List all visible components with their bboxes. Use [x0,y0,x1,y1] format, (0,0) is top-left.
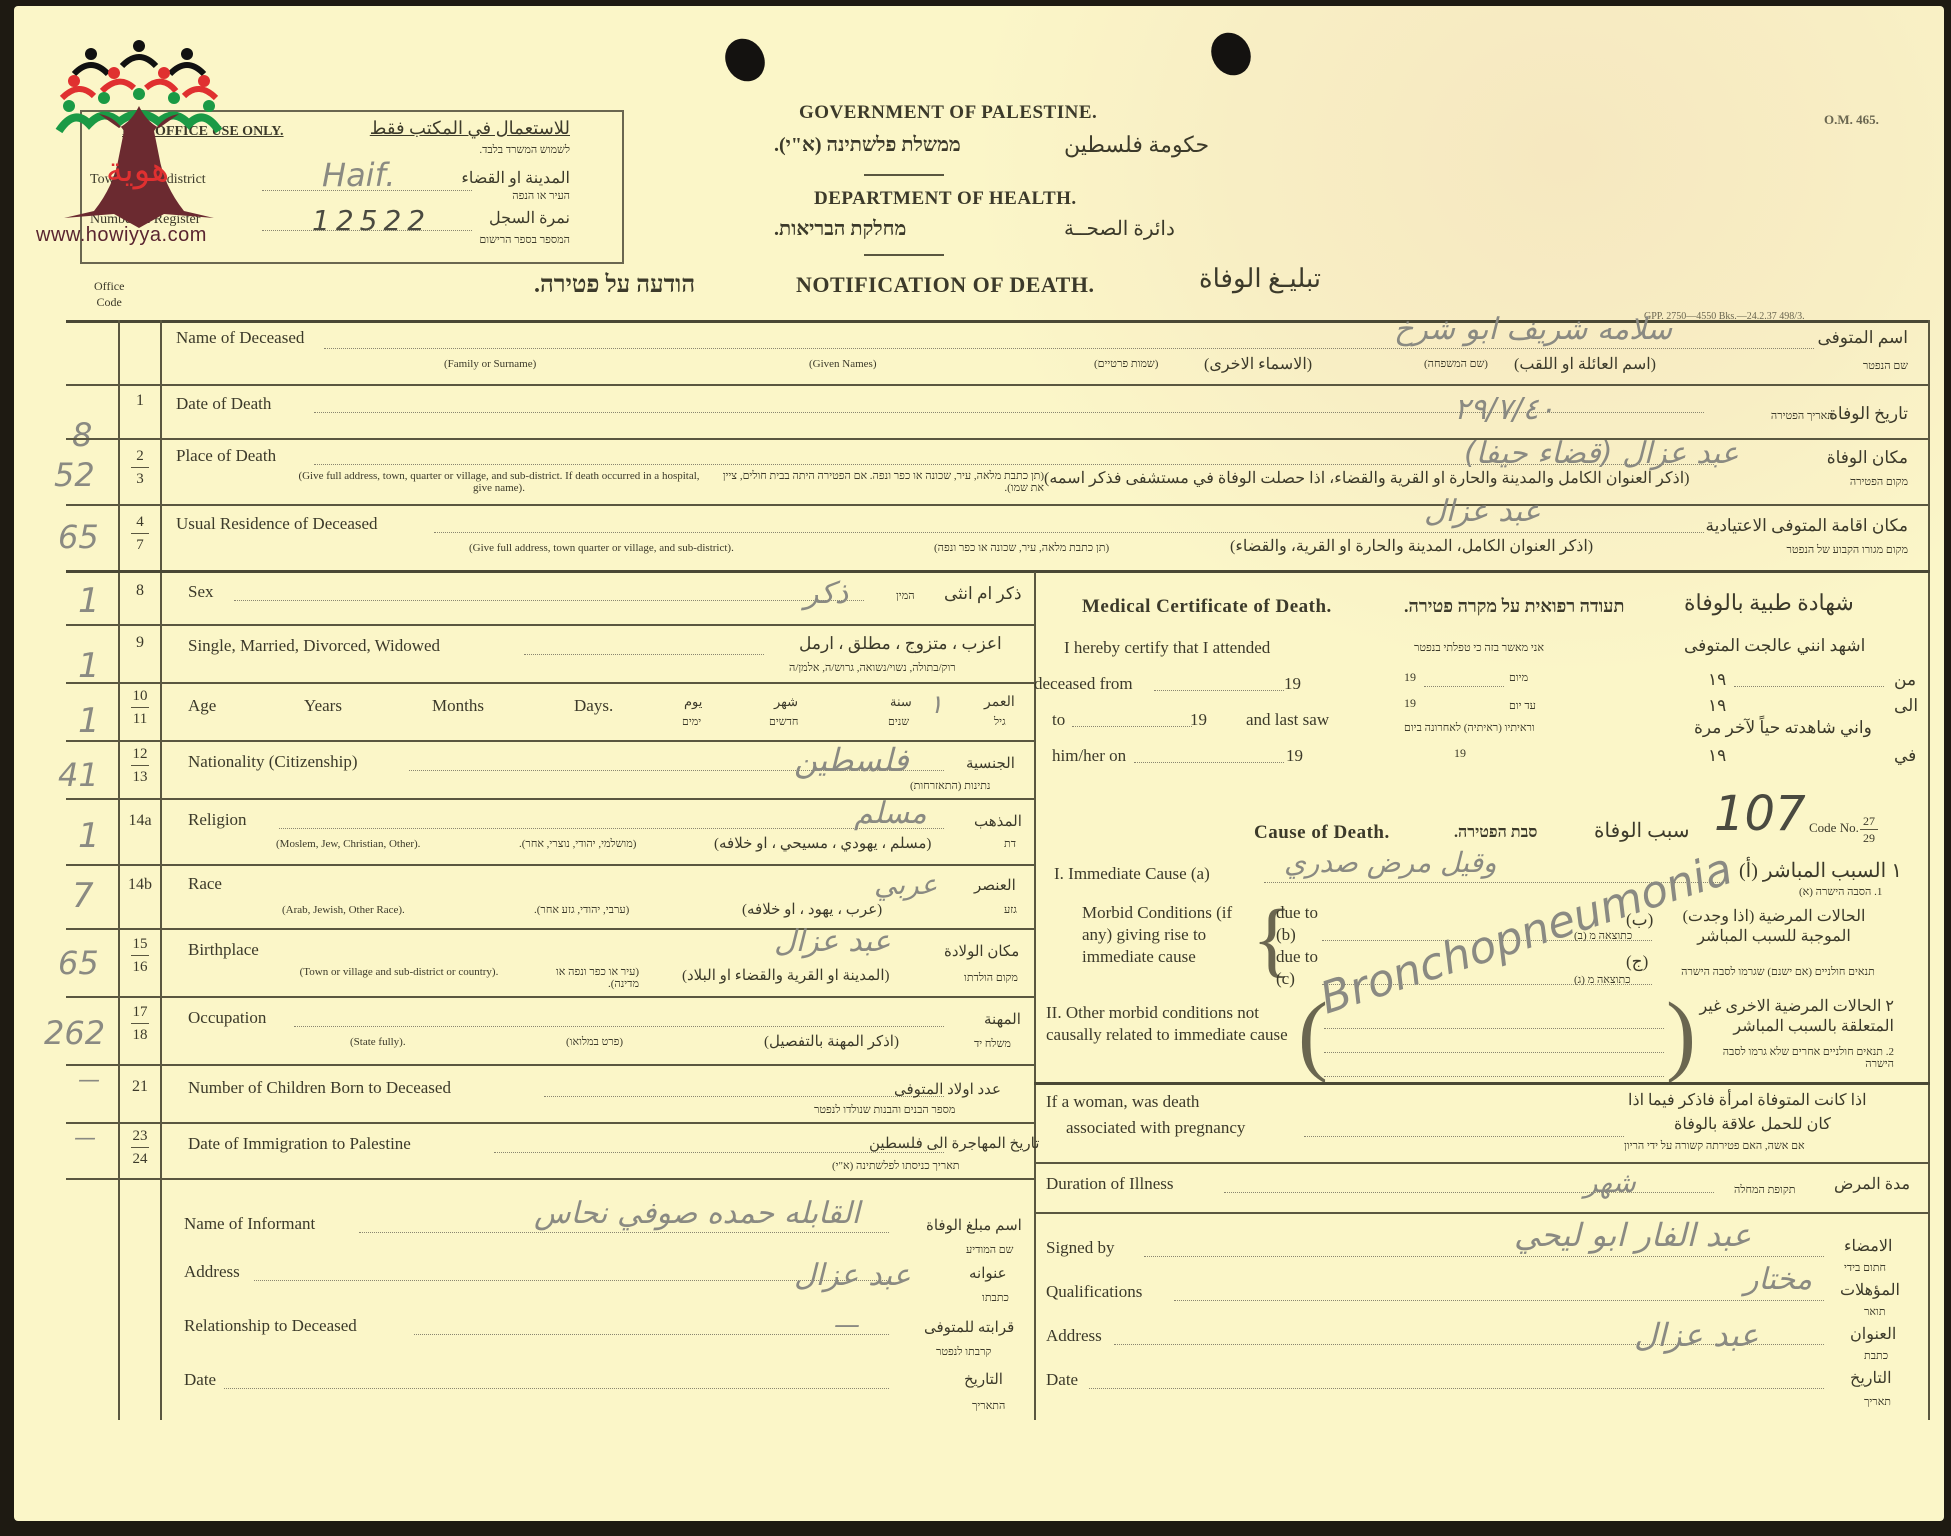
punch-hole-left [718,31,773,88]
pregnancy-label-1: If a woman, was death [1046,1092,1199,1112]
occupation-hint-ar: (اذكر المهنة بالتفصيل) [764,1032,899,1051]
informant-address-value: عبد عزال [794,1258,911,1293]
as-result-c-he: כתוצאה מ (ג) [1574,974,1631,986]
pregnancy-label-ar-2: كان للحمل علاقة بالوفاة [1674,1114,1831,1134]
margin-code-7: 41 [58,756,99,794]
immediate-cause-label: I. Immediate Cause (a) [1054,864,1210,884]
birthplace-label-ar: مكان الولادة [944,942,1019,961]
family-name-hint-he: (שם המשפחה) [1424,358,1488,370]
sex-label-ar: ذكر ام انثى [944,584,1022,604]
informant-name-value: القابله حمده صوفي نحاس [534,1196,860,1231]
margin-code-8: 1 [78,816,100,856]
subdistrict-value: Haif. [322,156,395,194]
occupation-label-he: משלח יד [974,1038,1011,1050]
signer-date-label-ar: التاريخ [1850,1368,1892,1388]
age-month-he: חדשים [769,716,798,728]
margin-code-12: — [78,1068,100,1093]
margin-code-6: 1 [78,701,100,741]
year-prefix: 19 [1284,674,1301,694]
given-name-hint-ar: (الاسماء الاخرى) [1204,354,1312,374]
year-prefix-he: 19 [1454,746,1466,761]
age-month-ar: شهر [774,694,798,710]
register-label-ar: نمرة السجل [489,208,570,228]
row-number: 1 [125,392,155,410]
place-of-death-hint-he: (תן כתבת מלאה, עיר, שכונה או כפר ונפה. א… [714,470,1044,494]
duration-label: Duration of Illness [1046,1174,1173,1194]
year-prefix-ar: ١٩ [1708,696,1726,716]
age-label-he: גיל [994,716,1006,728]
signer-address-label-he: כתבת [1864,1350,1888,1362]
last-saw-on-label: him/her on [1052,746,1126,766]
residence-value: عبد عزال [1424,494,1541,529]
informant-date-label: Date [184,1370,216,1390]
place-of-death-hint-ar: (اذكر العنوان الكامل والمدينة والحارة او… [1044,468,1689,488]
cause-of-death-title-ar: سبب الوفاة [1594,818,1690,843]
date-of-death-label-he: תאריך הפטירה [1771,410,1834,422]
sex-label-he: המין [896,590,915,602]
date-of-death-label: Date of Death [176,394,271,414]
age-months-label: Months [432,696,484,716]
row-number-fraction: 1516 [125,934,155,977]
attended-from-label-ar: من [1894,670,1916,690]
duration-label-he: תקופת המחלה [1734,1184,1795,1196]
religion-label: Religion [188,810,247,830]
medical-certificate-title-ar: شهادة طبية بالوفاة [1684,590,1854,616]
medical-certificate-title: Medical Certificate of Death. [1082,596,1332,618]
given-name-hint: (Given Names) [809,358,877,370]
ar-c-label: (ج) [1626,952,1648,972]
immigration-label: Date of Immigration to Palestine [188,1134,411,1154]
children-label: Number of Children Born to Deceased [188,1078,451,1098]
date-of-death-label-ar: تاريخ الوفاة [1829,404,1908,424]
religion-value: مسلم [854,796,927,831]
signer-date-label: Date [1046,1370,1078,1390]
residence-label-ar: مكان اقامة المتوفى الاعتيادية [1705,516,1908,536]
row-number-fraction: 47 [125,512,155,555]
sex-value: ذكر [804,576,848,611]
duration-label-ar: مدة المرض [1834,1174,1910,1194]
last-saw-label: and last saw [1246,710,1329,730]
marital-label: Single, Married, Divorced, Widowed [188,636,440,656]
pregnancy-label-he: אם אשה, האם פטירתה קשורה על ידי הריון [1624,1140,1805,1152]
marital-label-he: רוק/בתולה, נשוי/נשואה, גרוש/ה, אלמן/ה [789,662,956,674]
name-label-ar: اسم المتوفى [1818,328,1908,348]
year-prefix-ar: ١٩ [1708,746,1726,766]
religion-hint-he: (מושלמי, יהודי, נוצרי, אחר). [519,838,636,850]
margin-code-11: 262 [44,1014,105,1052]
immediate-cause-label-ar: ١ السبب المباشر (أ) [1739,858,1902,883]
family-name-hint: (Family or Surname) [444,358,536,370]
last-saw-label-he: וראיתיו (ראיתיה) לאחרונה ביום [1404,722,1535,734]
family-name-hint-ar: (اسم العائلة او اللقب) [1514,354,1656,374]
signer-date-label-he: תאריך [1864,1396,1891,1408]
informant-address-label: Address [184,1262,240,1282]
margin-code-9: 7 [72,876,94,916]
age-year-ar: سنة [890,694,912,710]
birthplace-label-he: מקום הולדתו [964,972,1018,984]
howiyya-url: www.howiyya.com [36,224,207,247]
register-label-he: המספר בספר הרישום [479,234,570,246]
race-label: Race [188,874,222,894]
residence-label-he: מקום מגורו הקבוע של הנפטר [1787,544,1908,556]
age-label: Age [188,696,216,716]
name-label-he: שם הנפטר [1863,360,1908,372]
informant-date-label-ar: التاريخ [964,1370,1003,1389]
header-title-ar: تبليـغ الوفاة [1199,264,1321,294]
row-number-fraction: 23 [125,446,155,489]
header-dept-he: מחלקת הבריאות. [774,218,906,241]
sex-label: Sex [188,582,214,602]
birthplace-value: عبد عزال [774,924,891,959]
year-prefix: 19 [1286,746,1303,766]
punch-hole-right [1204,25,1259,82]
occupation-hint: (State fully). [350,1036,406,1048]
occupation-hint-he: (פרט במלואו) [566,1036,623,1048]
attended-from-label: deceased from [1034,674,1133,694]
age-day-he: ימים [682,716,701,728]
immediate-cause-label-he: 1. הסבה הישרה (א) [1799,886,1882,898]
signed-by-label-he: חתום בידי [1844,1262,1886,1274]
religion-hint: (Moslem, Jew, Christian, Other). [276,838,420,850]
row-number-fraction: 1718 [125,1002,155,1045]
margin-code-10: 65 [58,944,99,982]
occupation-label: Occupation [188,1008,266,1028]
residence-label: Usual Residence of Deceased [176,514,378,534]
nationality-label-ar: الجنسية [966,754,1015,773]
religion-label-ar: المذهب [974,812,1022,831]
row-number-fraction: 1011 [125,686,155,729]
form-code: O.M. 465. [1824,112,1879,128]
header-title-he: הודעה על פטירה. [534,272,695,299]
row-number-fraction: 2324 [125,1126,155,1169]
attended-to-label-he: עד יום [1509,700,1536,712]
logo-text: هوية [106,150,169,190]
morbid-conditions-label: Morbid Conditions (if any) giving rise t… [1082,902,1252,968]
code-number-label: Code No. [1809,820,1859,836]
immigration-label-he: תאריך כניסתו לפלשתינה (א"י) [832,1160,960,1172]
cause-of-death-title: Cause of Death. [1254,822,1390,844]
office-use-title-he: לשמוש המשרד בלבד. [479,144,570,156]
last-saw-label-ar: واني شاهدته حياً لآخر مرة [1694,718,1872,738]
given-name-hint-he: (שמות פרטיים) [1094,358,1158,370]
year-prefix-ar: ١٩ [1708,670,1726,690]
place-of-death-label-he: מקום הפטירה [1850,476,1908,488]
other-conditions-label-he: 2. תנאים חולניים אחרים שלא גרמו לסבה היש… [1714,1046,1894,1070]
residence-hint: (Give full address, town quarter or vill… [469,542,734,554]
row-number: 21 [125,1078,155,1096]
children-label-ar: عدد اولاد المتوفى [894,1080,1001,1099]
age-day-ar: يوم [684,694,702,710]
signed-by-label-ar: الامضاء [1844,1236,1892,1256]
certify-text-he: אני מאשר בזה כי טפלתי בנפטר [1414,642,1544,654]
relationship-label: Relationship to Deceased [184,1316,357,1336]
informant-name-label-ar: اسم مبلغ الوفاة [926,1216,1022,1235]
nationality-label: Nationality (Citizenship) [188,752,358,772]
margin-code-13: — [74,1126,96,1151]
header-gov-en: GOVERNMENT OF PALESTINE. [799,102,1097,124]
race-hint-ar: (عرب ، يهود ، او خلافه) [742,900,882,919]
name-label: Name of Deceased [176,328,304,348]
certify-text-ar: اشهد انني عالجت المتوفى [1684,636,1865,656]
signed-by-value: عبد الفار ابو ليحي [1514,1216,1751,1254]
cause-code-value: 107 [1714,786,1806,842]
religion-hint-ar: (مسلم ، يهودي ، مسيحي ، او خلافه) [714,834,931,853]
death-certificate-document: FOR OFFICE USE ONLY. للاستعمال في المكتب… [14,6,1944,1521]
residence-hint-ar: (اذكر العنوان الكامل، المدينة والحارة او… [1230,536,1593,556]
row-number: 8 [125,582,155,600]
register-value: 12522 [312,204,431,237]
age-days-label: Days. [574,696,613,716]
pregnancy-label-ar-1: اذا كانت المتوفاة امرأة فاذكر فيما اذا [1628,1090,1867,1110]
signer-address-value: عبد عزال [1634,1316,1759,1354]
birthplace-hint-he: (עיר או כפר ונפה או מדינה). [539,966,639,990]
informant-address-label-ar: عنوانه [969,1264,1007,1283]
attended-to-label-ar: الى [1894,696,1918,716]
religion-label-he: דת [1004,838,1016,850]
marital-label-ar: اعزب ، متزوج ، مطلق ، ارمل [799,634,1002,654]
margin-code-1: 8 [72,416,92,454]
other-conditions-label: II. Other morbid conditions not causally… [1046,1002,1306,1046]
nationality-value: فلسطين [794,741,909,779]
signer-address-label: Address [1046,1326,1102,1346]
subdistrict-label-ar: المدينة او القضاء [461,168,570,188]
place-of-death-value: عبد عزال (قضاء حيفا) [1464,436,1739,471]
race-hint-he: (ערבי, יהודי, גזע אחר). [534,904,629,916]
margin-code-4: 1 [78,581,100,621]
code-number-fraction: 2729 [1854,814,1884,845]
morbid-conditions-label-ar: الحالات المرضية (اذا وجدت) الموجبة للسبب… [1674,906,1874,946]
immigration-label-ar: تاريخ المهاجرة الى فلسطين [869,1134,1039,1153]
subdistrict-label-he: העיר או הנפה [512,190,570,202]
age-years-label: Years [304,696,342,716]
last-saw-on-label-ar: في [1894,746,1916,766]
header-dept-ar: دائرة الصحــة [1064,216,1175,241]
certify-text: I hereby certify that I attended [1064,638,1270,658]
qualifications-label-ar: المؤهلات [1840,1280,1900,1300]
signer-address-label-ar: العنوان [1850,1324,1896,1344]
deceased-name-value: سلامه شريف ابو شرخ [1394,312,1672,347]
year-prefix: 19 [1190,710,1207,730]
morbid-conditions-label-he: תנאים חולניים (אם ישנם) שגרמו לסבה הישרה [1680,966,1876,978]
office-code-label: Office Code [94,278,124,310]
place-of-death-hint: (Give full address, town, quarter or vil… [289,470,709,494]
race-label-he: גזע [1004,904,1017,916]
race-label-ar: العنصر [974,876,1016,895]
immediate-cause-value: وقيل مرض صدري [1284,846,1497,879]
qualifications-label: Qualifications [1046,1282,1142,1302]
year-prefix-he: 19 [1404,696,1416,711]
row-number: 14b [122,876,158,894]
cause-of-death-title-he: סבת הפטירה. [1454,824,1537,842]
race-value: عربي [874,868,937,901]
relationship-label-ar: قرابته للمتوفى [924,1318,1014,1337]
header-dept-en: DEPARTMENT OF HEALTH. [814,188,1077,210]
informant-name-label: Name of Informant [184,1214,315,1234]
header-gov-he: ממשלת פלשתינה (א"י). [774,134,961,157]
informant-date-label-he: התאריך [972,1400,1005,1412]
age-years-value: ١ [929,690,943,720]
qualifications-label-he: תואר [1864,1306,1886,1318]
attended-to-label: to [1052,710,1065,730]
margin-code-3: 65 [58,518,99,556]
qualifications-value: مختار [1744,1262,1812,1297]
margin-code-2: 52 [54,456,95,494]
age-label-ar: العمر [984,694,1015,711]
duration-value: شهر [1584,1166,1636,1199]
relationship-value: — [834,1310,860,1340]
nationality-label-he: נתינות (התאזרחות) [910,780,991,792]
birthplace-hint-ar: (المدينة او القرية والقضاء او البلاد) [682,966,890,985]
relationship-label-he: קרבתו לנפטר [936,1346,991,1358]
office-use-title-ar: للاستعمال في المكتب فقط [370,118,570,139]
children-label-he: מספר הבנים והבנות שנולדו לנפטר [814,1104,955,1116]
informant-address-label-he: כתבתו [982,1292,1009,1304]
age-year-he: שנים [888,716,909,728]
birthplace-label: Birthplace [188,940,259,960]
howiyya-logo: هوية [54,36,224,246]
margin-code-5: 1 [78,646,100,686]
race-hint: (Arab, Jewish, Other Race). [282,904,405,916]
signed-by-label: Signed by [1046,1238,1114,1258]
pregnancy-label-2: associated with pregnancy [1066,1118,1245,1138]
row-number: 14a [122,812,158,830]
year-prefix-he: 19 [1404,670,1416,685]
occupation-label-ar: المهنة [984,1010,1021,1029]
medical-certificate-title-he: תעודה רפואית על מקרה פטירה. [1404,596,1624,617]
place-of-death-label: Place of Death [176,446,276,466]
place-of-death-label-ar: مكان الوفاة [1827,448,1908,468]
header-title-en: NOTIFICATION OF DEATH. [796,272,1094,298]
header-gov-ar: حكومة فلسطين [1064,132,1209,158]
other-conditions-label-ar: ٢ الحالات المرضية الاخرى غير المتعلقة با… [1694,996,1894,1036]
row-number-fraction: 1213 [125,744,155,787]
row-number: 9 [125,634,155,652]
informant-name-label-he: שם המודיע [966,1244,1013,1256]
attended-from-label-he: מיום [1509,672,1528,684]
residence-hint-he: (תן כתבת מלאה, עיר, שכונה או כפר ונפה) [934,542,1109,554]
birthplace-hint: (Town or village and sub-district or cou… [284,966,514,978]
date-of-death-value: ٢٩/٧/٤٠ [1454,392,1555,427]
